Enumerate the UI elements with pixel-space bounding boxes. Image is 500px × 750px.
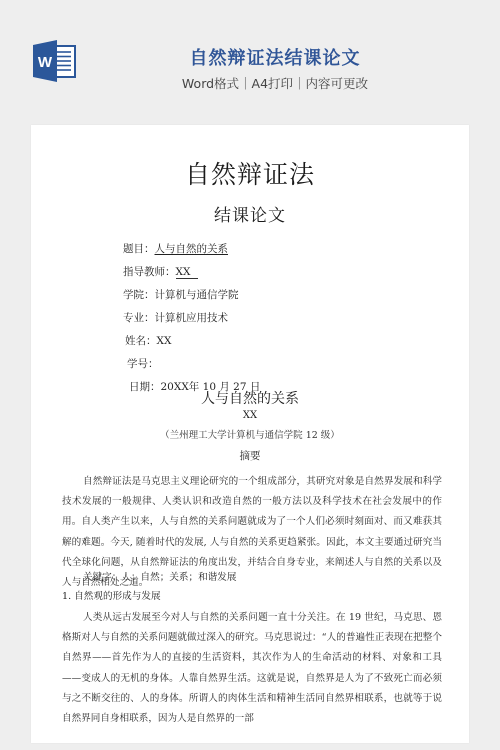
advisor-label: 指导教师：: [123, 266, 176, 278]
article-author: XX: [31, 410, 469, 421]
section-1-heading: 1. 自然观的形成与发展: [62, 587, 161, 607]
promo-title: 自然辩证法结课论文: [100, 44, 450, 70]
student-id-row: 学号：: [123, 353, 260, 376]
name-row: 姓名：XX: [123, 330, 260, 353]
major-label: 专业：: [123, 312, 155, 324]
promo-subtitle: Word格式｜A4打印｜内容可更改: [100, 74, 450, 92]
college-label: 学院：: [123, 289, 155, 301]
name-value: XX: [157, 335, 172, 347]
college-value: 计算机与通信学院: [155, 289, 239, 301]
document-title: 自然辩证法: [31, 155, 469, 191]
svg-text:W: W: [38, 54, 53, 71]
name-label: 姓名：: [125, 335, 157, 347]
keywords: 关键字：人；自然；关系；和谐发展: [83, 568, 237, 588]
topic-row: 题目：人与自然的关系: [123, 238, 260, 261]
major-value: 计算机应用技术: [155, 312, 229, 324]
topic-label: 题目：: [123, 243, 155, 255]
article-title: 人与自然的关系: [31, 388, 469, 408]
document-subtitle: 结课论文: [31, 201, 469, 226]
advisor-row: 指导教师：XX: [123, 261, 260, 284]
topic-value: 人与自然的关系: [155, 243, 229, 255]
document-page: 自然辩证法 结课论文 题目：人与自然的关系 指导教师：XX 学院：计算机与通信学…: [31, 125, 469, 743]
advisor-value: XX: [176, 266, 198, 279]
article-affiliation: （兰州理工大学计算机与通信学院 12 级）: [31, 427, 469, 441]
student-id-label: 学号：: [127, 358, 159, 370]
cover-info-form: 题目：人与自然的关系 指导教师：XX 学院：计算机与通信学院 专业：计算机应用技…: [123, 238, 260, 399]
section-1-paragraph: 人类从远古发展至今对人与自然的关系问题一直十分关注。在 19 世纪，马克思、恩格…: [62, 608, 442, 729]
abstract-heading: 摘要: [31, 448, 469, 463]
word-document-icon: W: [31, 40, 77, 82]
major-row: 专业：计算机应用技术: [123, 307, 260, 330]
promo-header: W 自然辩证法结课论文 Word格式｜A4打印｜内容可更改: [0, 0, 500, 125]
college-row: 学院：计算机与通信学院: [123, 284, 260, 307]
